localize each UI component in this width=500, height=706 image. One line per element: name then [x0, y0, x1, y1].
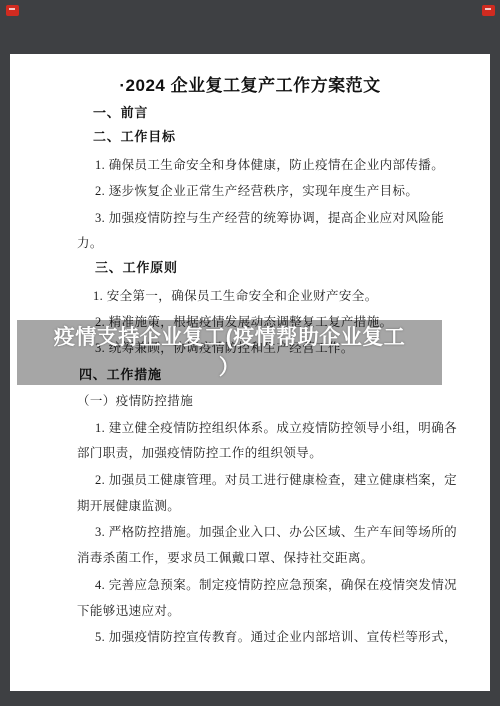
viewer-frame-left: [0, 54, 10, 691]
section-heading: 三、工作原则: [95, 259, 178, 277]
doc-text-line: 力。: [77, 234, 103, 252]
doc-text-line: （一）疫情防控措施: [77, 392, 193, 410]
viewer-frame-bottom: [0, 691, 500, 706]
doc-text-line: 2. 逐步恢复企业正常生产经营秩序，实现年度生产目标。: [95, 182, 418, 200]
doc-text-line: 部门职责，加强疫情防控工作的组织领导。: [77, 444, 322, 462]
doc-text-line: 5. 加强疫情防控宣传教育。通过企业内部培训、宣传栏等形式，: [95, 628, 457, 646]
red-corner-mark-left-icon: [6, 5, 19, 16]
doc-text-line: 1. 建立健全疫情防控组织体系。成立疫情防控领导小组，明确各: [95, 419, 457, 437]
doc-text-line: 下能够迅速应对。: [77, 602, 180, 620]
watermark-text-line2: ）: [219, 353, 241, 383]
doc-text-line: 4. 完善应急预案。制定疫情防控应急预案，确保在疫情突发情况: [95, 576, 457, 594]
document-page: ·2024 企业复工复产工作方案范文 一、前言二、工作目标1. 确保员工生命安全…: [0, 0, 500, 706]
viewer-frame-top: [0, 0, 500, 54]
doc-text-line: 1. 确保员工生命安全和身体健康，防止疫情在企业内部传播。: [95, 156, 444, 174]
watermark-banner: 疫情支持企业复工(疫情帮助企业复工 ）: [17, 320, 442, 385]
doc-text-line: 3. 加强疫情防控与生产经营的统筹协调，提高企业应对风险能: [95, 209, 444, 227]
watermark-text-line1: 疫情支持企业复工(疫情帮助企业复工: [54, 323, 406, 353]
section-heading: 二、工作目标: [93, 128, 176, 146]
doc-text-line: 消毒杀菌工作，要求员工佩戴口罩、保持社交距离。: [77, 549, 374, 567]
viewer-frame-right: [490, 54, 500, 691]
doc-text-line: 2. 加强员工健康管理。对员工进行健康检查，建立健康档案，定: [95, 471, 457, 489]
red-corner-mark-right-icon: [482, 5, 495, 16]
section-heading: 一、前言: [93, 104, 148, 122]
doc-text-line: 3. 严格防控措施。加强企业入口、办公区域、生产车间等场所的: [95, 523, 457, 541]
doc-text-line: 期开展健康监测。: [77, 497, 180, 515]
page-title: ·2024 企业复工复产工作方案范文: [0, 71, 500, 96]
doc-text-line: 1. 安全第一，确保员工生命安全和企业财产安全。: [93, 287, 378, 305]
